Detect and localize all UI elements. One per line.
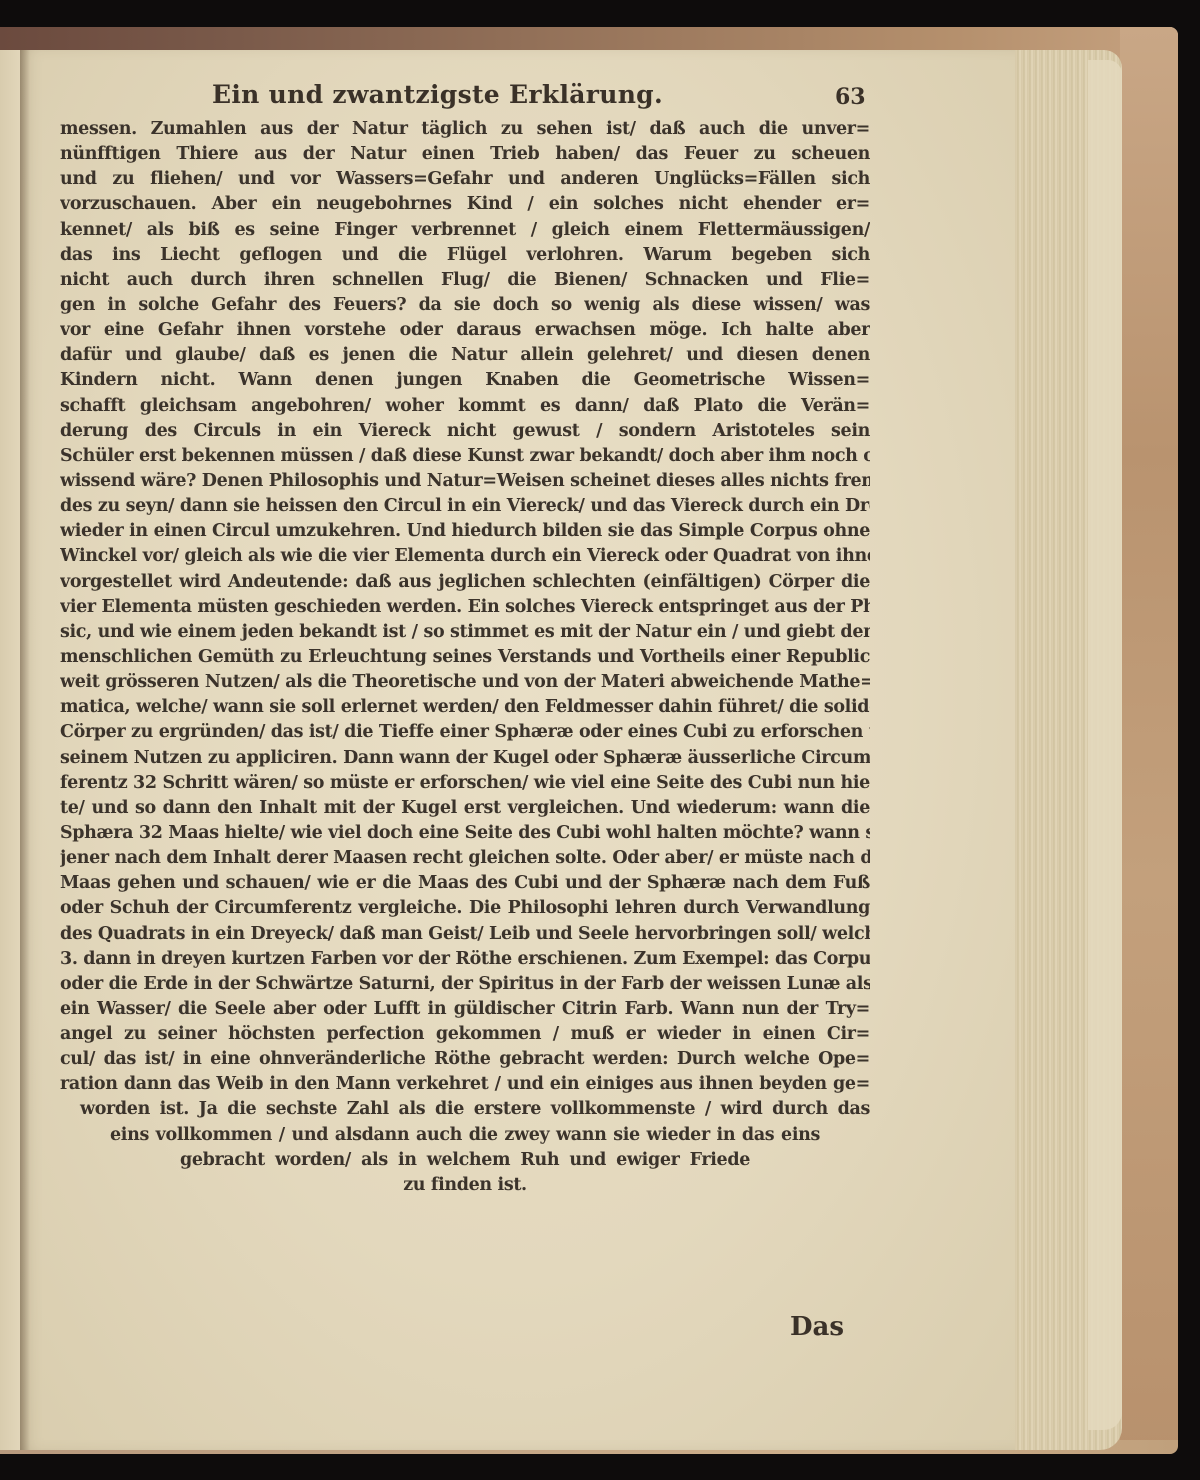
text-line: jener nach dem Inhalt derer Maasen recht… xyxy=(60,846,870,871)
book-scan: Ein und zwantzigste Erklärung. 63 messen… xyxy=(0,0,1200,1480)
text-line: gebracht worden/ als in welchem Ruh und … xyxy=(60,1148,870,1173)
text-line: gen in solche Gefahr des Feuers? da sie … xyxy=(60,293,870,318)
text-line: und zu fliehen/ und vor Wassers=Gefahr u… xyxy=(60,167,870,192)
text-line: oder die Erde in der Schwärtze Saturni, … xyxy=(60,972,870,997)
text-line: das ins Liecht geflogen und die Flügel v… xyxy=(60,243,870,268)
text-line: schafft gleichsam angebohren/ woher komm… xyxy=(60,394,870,419)
text-line: wieder in einen Circul umzukehren. Und h… xyxy=(60,519,870,544)
previous-page-strip xyxy=(0,50,21,1450)
text-line: Cörper zu ergründen/ das ist/ die Tieffe… xyxy=(60,720,870,745)
text-line: nünfftigen Thiere aus der Natur einen Tr… xyxy=(60,142,870,167)
text-line: des zu seyn/ dann sie heissen den Circul… xyxy=(60,494,870,519)
text-line: seinem Nutzen zu appliciren. Dann wann d… xyxy=(60,746,870,771)
running-head: Ein und zwantzigste Erklärung. xyxy=(212,80,663,109)
text-line: vor eine Gefahr ihnen vorstehe oder dara… xyxy=(60,318,870,343)
text-line: eins vollkommen / und alsdann auch die z… xyxy=(60,1123,870,1148)
text-line: dafür und glaube/ daß es jenen die Natur… xyxy=(60,343,870,368)
book-cover-right-edge xyxy=(1120,27,1178,1452)
text-line: Kindern nicht. Wann denen jungen Knaben … xyxy=(60,368,870,393)
text-line: worden ist. Ja die sechste Zahl als die … xyxy=(60,1097,870,1122)
text-line: menschlichen Gemüth zu Erleuchtung seine… xyxy=(60,645,870,670)
body-text: messen. Zumahlen aus der Natur täglich z… xyxy=(60,117,870,1198)
text-line: vier Elementa müsten geschieden werden. … xyxy=(60,595,870,620)
text-line: derung des Circuls in ein Viereck nicht … xyxy=(60,419,870,444)
text-line: Schüler erst bekennen müssen / daß diese… xyxy=(60,444,870,469)
text-line: angel zu seiner höchsten perfection geko… xyxy=(60,1022,870,1047)
text-line: Sphæra 32 Maas hielte/ wie viel doch ein… xyxy=(60,821,870,846)
text-line: weit grösseren Nutzen/ als die Theoretis… xyxy=(60,670,870,695)
text-line-final: zu finden ist. xyxy=(60,1173,870,1198)
text-line: Winckel vor/ gleich als wie die vier Ele… xyxy=(60,544,870,569)
text-line: te/ und so dann den Inhalt mit der Kugel… xyxy=(60,796,870,821)
text-line: Maas gehen und schauen/ wie er die Maas … xyxy=(60,871,870,896)
text-line: matica, welche/ wann sie soll erlernet w… xyxy=(60,695,870,720)
catchword: Das xyxy=(790,1312,844,1342)
text-line: nicht auch durch ihren schnellen Flug/ d… xyxy=(60,268,870,293)
text-line: messen. Zumahlen aus der Natur täglich z… xyxy=(60,117,870,142)
text-line: vorzuschauen. Aber ein neugebohrnes Kind… xyxy=(60,192,870,217)
text-line: sic, und wie einem jeden bekandt ist / s… xyxy=(60,620,870,645)
text-line: des Quadrats in ein Dreyeck/ daß man Gei… xyxy=(60,922,870,947)
text-line: 3. dann in dreyen kurtzen Farben vor der… xyxy=(60,947,870,972)
text-line: ein Wasser/ die Seele aber oder Lufft in… xyxy=(60,997,870,1022)
text-line: vorgestellet wird Andeutende: daß aus je… xyxy=(60,570,870,595)
text-line: ration dann das Weib in den Mann verkehr… xyxy=(60,1072,870,1097)
text-line: ferentz 32 Schritt wären/ so müste er er… xyxy=(60,771,870,796)
gutter-shadow xyxy=(20,50,30,1450)
text-line: cul/ das ist/ in eine ohnveränderliche R… xyxy=(60,1047,870,1072)
text-line: oder Schuh der Circumferentz vergleiche.… xyxy=(60,896,870,921)
page-number: 63 xyxy=(835,84,866,110)
text-line: kennet/ als biß es seine Finger verbrenn… xyxy=(60,218,870,243)
text-line: wissend wäre? Denen Philosophis und Natu… xyxy=(60,469,870,494)
page-block-edges-inner xyxy=(1088,60,1122,1430)
